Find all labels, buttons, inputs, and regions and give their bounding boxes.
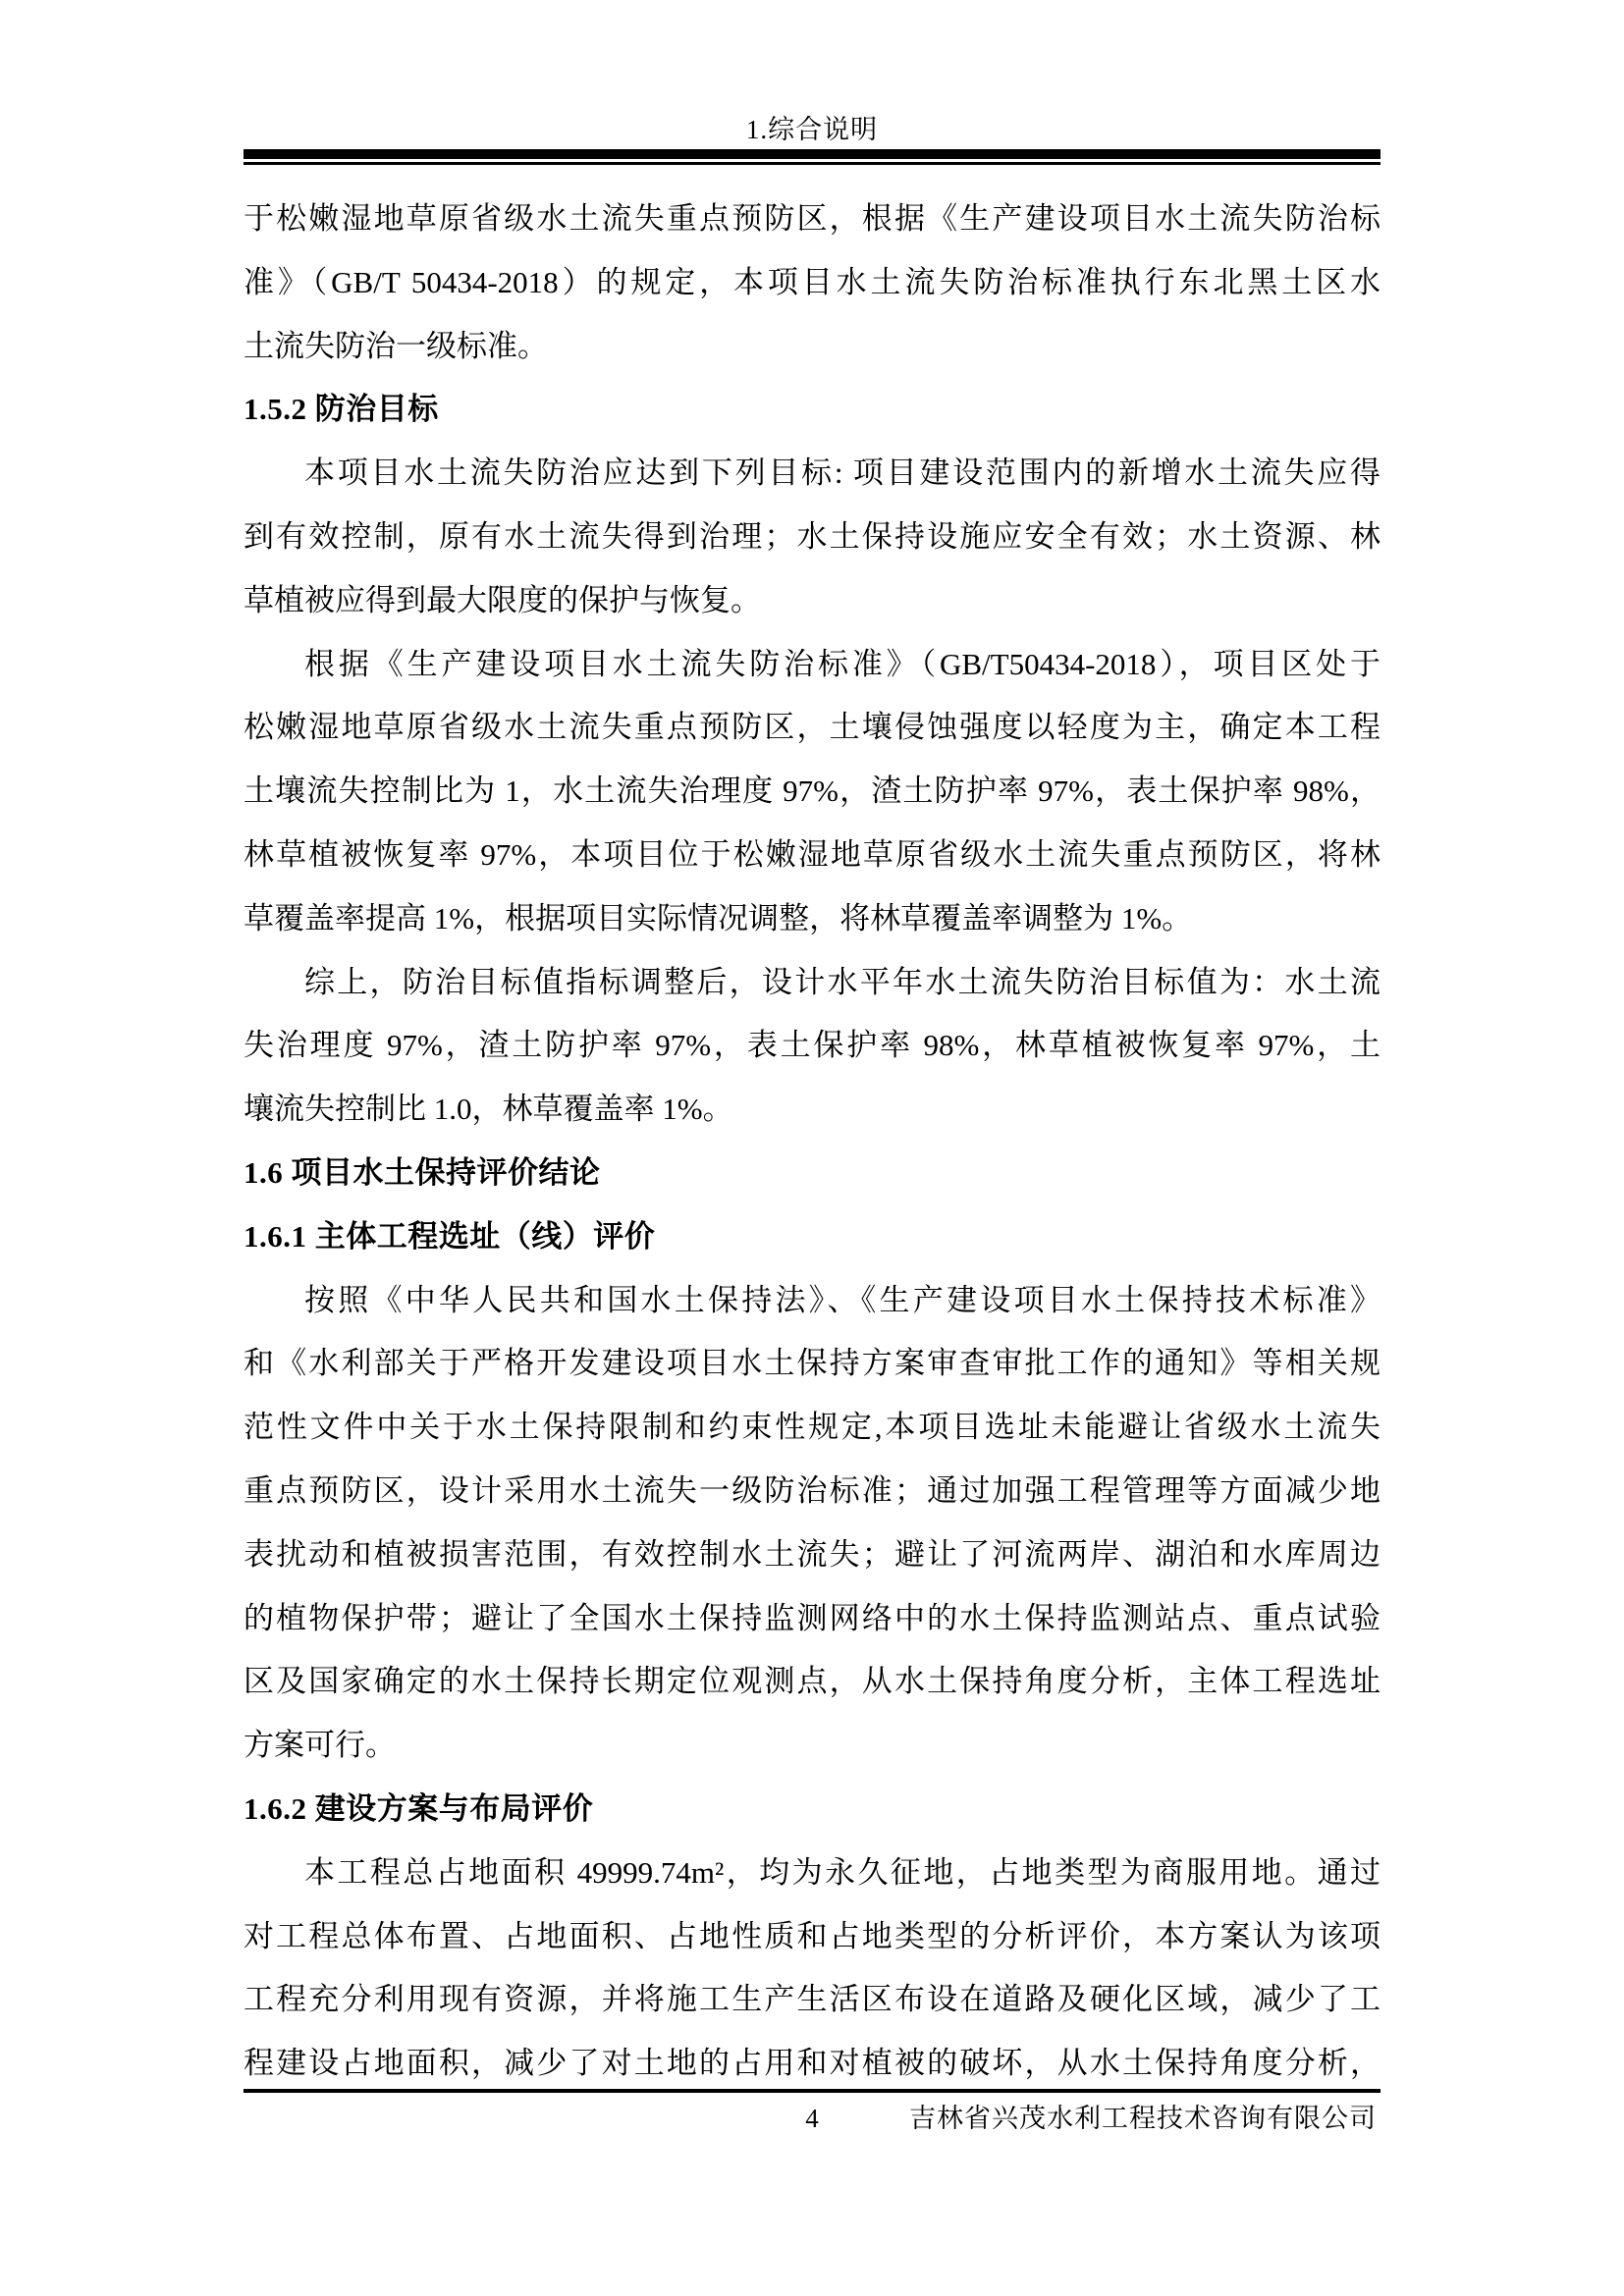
body-line: 对工程总体布置、占地面积、占地性质和占地类型的分析评价，本方案认为该项 (244, 1905, 1380, 1969)
heading-1-6: 1.6 项目水土保持评价结论 (244, 1142, 1380, 1205)
body-line: 壤流失控制比 1.0，林草覆盖率 1%。 (244, 1078, 1380, 1142)
body-line: 的植物保护带；避让了全国水土保持监测网络中的水土保持监测站点、重点试验 (244, 1587, 1380, 1651)
body-line: 范性文件中关于水土保持限制和约束性规定,本项目选址未能避让省级水土流失 (244, 1396, 1380, 1460)
body-line: 工程充分利用现有资源，并将施工生产生活区布设在道路及硬化区域，减少了工 (244, 1968, 1380, 2032)
body-line: 土流失防治一级标准。 (244, 315, 1380, 379)
body-line: 松嫩湿地草原省级水土流失重点预防区，土壤侵蚀强度以轻度为主，确定本工程 (244, 696, 1380, 760)
body-line: 失治理度 97%，渣土防护率 97%，表土保护率 98%，林草植被恢复率 97%… (244, 1014, 1380, 1078)
body-line: 本工程总占地面积 49999.74m²，均为永久征地，占地类型为商服用地。通过 (244, 1842, 1380, 1905)
body-line: 根据《生产建设项目水土流失防治标准》（GB/T50434-2018），项目区处于 (244, 633, 1380, 697)
header-rule-thin (244, 162, 1380, 165)
document-page: 1.综合说明 于松嫩湿地草原省级水土流失重点预防区，根据《生产建设项目水土流失防… (0, 0, 1624, 2296)
heading-1-6-2: 1.6.2 建设方案与布局评价 (244, 1778, 1380, 1842)
body-line: 本项目水土流失防治应达到下列目标: 项目建设范围内的新增水土流失应得 (244, 442, 1380, 506)
body-line: 方案可行。 (244, 1714, 1380, 1778)
body-line: 林草植被恢复率 97%，本项目位于松嫩湿地草原省级水土流失重点预防区，将林 (244, 824, 1380, 887)
document-body: 于松嫩湿地草原省级水土流失重点预防区，根据《生产建设项目水土流失防治标 准》（G… (244, 187, 1380, 2096)
body-line: 表扰动和植被损害范围，有效控制水土流失；避让了河流两岸、湖泊和水库周边 (244, 1523, 1380, 1587)
footer-company-name: 吉林省兴茂水利工程技术咨询有限公司 (909, 2097, 1377, 2140)
body-line: 草植被应得到最大限度的保护与恢复。 (244, 569, 1380, 633)
body-line: 草覆盖率提高 1%，根据项目实际情况调整，将林草覆盖率调整为 1%。 (244, 887, 1380, 951)
heading-1-5-2: 1.5.2 防治目标 (244, 378, 1380, 442)
body-line: 重点预防区，设计采用水土流失一级防治标准；通过加强工程管理等方面减少地 (244, 1460, 1380, 1523)
body-line: 土壤流失控制比为 1，水土流失治理度 97%，渣土防护率 97%，表土保护率 9… (244, 760, 1380, 824)
page-header-title: 1.综合说明 (0, 112, 1624, 147)
body-line: 程建设占地面积，减少了对土地的占用和对植被的破坏，从水土保持角度分析， (244, 2032, 1380, 2096)
body-line: 区及国家确定的水土保持长期定位观测点，从水土保持角度分析，主体工程选址 (244, 1650, 1380, 1714)
footer-rule (244, 2089, 1380, 2093)
body-line: 于松嫩湿地草原省级水土流失重点预防区，根据《生产建设项目水土流失防治标 (244, 187, 1380, 251)
heading-1-6-1: 1.6.1 主体工程选址（线）评价 (244, 1205, 1380, 1269)
header-rule-thick (244, 149, 1380, 159)
body-line: 准》（GB/T 50434-2018）的规定，本项目水土流失防治标准执行东北黑土… (244, 251, 1380, 315)
body-line: 综上，防治目标值指标调整后，设计水平年水土流失防治目标值为：水土流 (244, 951, 1380, 1015)
page-footer: 4 吉林省兴茂水利工程技术咨询有限公司 (244, 2097, 1380, 2140)
body-line: 到有效控制，原有水土流失得到治理；水土保持设施应安全有效；水土资源、林 (244, 506, 1380, 569)
body-line: 和《水利部关于严格开发建设项目水土保持方案审查审批工作的通知》等相关规 (244, 1332, 1380, 1396)
body-line: 按照《中华人民共和国水土保持法》、《生产建设项目水土保持技术标准》 (244, 1269, 1380, 1333)
